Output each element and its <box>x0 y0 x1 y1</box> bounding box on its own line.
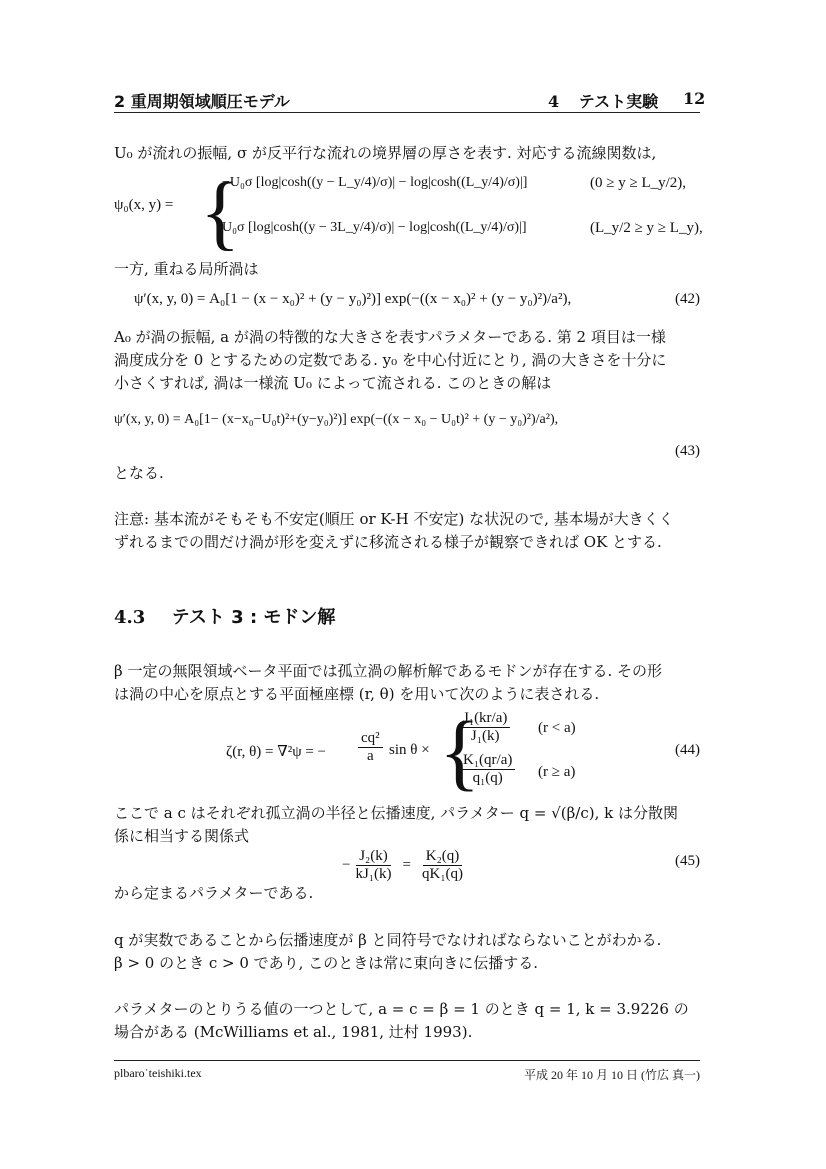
eq45-rhs-frac: K₂(q) qK₁(q) <box>419 848 466 883</box>
header-rule <box>114 112 700 113</box>
eq44-case2-cond: (r ≥ a) <box>538 764 575 781</box>
equation-number-42: (42) <box>675 291 700 308</box>
equation-45: − J₂(k) kJ₁(k) = K₂(q) qK₁(q) <box>342 843 468 887</box>
paragraph-sign-line1: q が実数であることから伝播速度が β と同符号でなければならないことがわかる. <box>114 929 661 951</box>
equation-44: ζ(r, θ) = ∇²ψ = − cq² a sin θ × { J₁(kr/… <box>226 708 606 796</box>
eq44-case2-frac: K₁(qr/a) q₁(q) <box>460 752 515 787</box>
header-section-title: テスト実験 <box>579 92 658 111</box>
paragraph-local-vortex: 一方, 重ねる局所渦は <box>114 258 259 280</box>
note-line1: 注意: 基本流がそもそも不安定(順圧 or K-H 不安定) な状況ので, 基本… <box>114 508 674 530</box>
section-title: テスト 3 : モドン解 <box>172 607 336 628</box>
eq45-minus: − <box>342 857 350 874</box>
header-section-number: 4 <box>548 92 559 111</box>
eq44-frac: cq² a <box>358 730 383 765</box>
psi0-case1-cond: (0 ≥ y ≥ L_y/2), <box>590 175 686 192</box>
equation-number-45: (45) <box>675 853 700 870</box>
footer-rule <box>114 1060 700 1061</box>
eq44-case1-frac: J₁(kr/a) J₁(k) <box>460 710 510 745</box>
equation-psi0: ψ₀(x, y) = { −U₀σ [log|cosh((y − L_y/4)/… <box>114 165 714 255</box>
eq45-lhs-frac: J₂(k) kJ₁(k) <box>352 848 394 883</box>
page-number: 12 <box>683 89 705 108</box>
paragraph-amplitude-line3: 小さくすれば, 渦は一様流 U₀ によって流される. このときの解は <box>114 372 551 394</box>
section-number: 4.3 <box>114 607 145 628</box>
paragraph-values-line1: パラメターのとりうる値の一つとして, a = c = β = 1 のとき q =… <box>114 998 689 1020</box>
psi0-case2-expr: U₀σ [log|cosh((y − 3L_y/4)/σ)| − log|cos… <box>222 220 527 236</box>
running-header-left: 2 重周期領域順圧モデル <box>114 89 290 112</box>
paragraph-values-line2: 場合がある (McWilliams et al., 1981, 辻村 1993)… <box>114 1021 472 1043</box>
psi0-lhs: ψ₀(x, y) = <box>114 197 173 214</box>
paragraph-intro: U₀ が流れの振幅, σ が反平行な流れの境界層の厚さを表す. 対応する流線関数… <box>114 142 656 164</box>
psi0-case2-cond: (L_y/2 ≥ y ≥ L_y), <box>590 220 703 237</box>
eq44-mid: sin θ × <box>389 742 430 759</box>
paragraph-params-line1: ここで a c はそれぞれ孤立渦の半径と伝播速度, パラメター q = √(β/… <box>114 802 678 824</box>
paragraph-params-line2: 係に相当する関係式 <box>114 825 249 847</box>
eq44-lhs: ζ(r, θ) = ∇²ψ = − <box>226 742 326 761</box>
equation-number-44: (44) <box>675 742 700 759</box>
paragraph-amplitude-line1: A₀ が渦の振幅, a が渦の特徴的な大きさを表すパラメターである. 第 2 項… <box>114 326 666 348</box>
footer-date-author: 平成 20 年 10 月 10 日 (竹広 真一) <box>524 1066 700 1083</box>
eq45-equals: = <box>403 857 411 874</box>
paragraph-amplitude-line2: 渦度成分を 0 とするための定数である. y₀ を中心付近にとり, 渦の大きさを… <box>114 349 666 371</box>
running-header-section: 4 テスト実験 <box>548 89 658 112</box>
equation-number-43: (43) <box>675 443 700 460</box>
paragraph-modon-line2: は渦の中心を原点とする平面極座標 (r, θ) を用いて次のように表される. <box>114 683 599 705</box>
section-heading: 4.3 テスト 3 : モドン解 <box>114 603 335 629</box>
psi0-case1-expr: −U₀σ [log|cosh((y − L_y/4)/σ)| − log|cos… <box>222 175 527 191</box>
equation-42: ψ′(x, y, 0) = A₀[1 − (x − x₀)² + (y − y₀… <box>134 291 571 308</box>
paragraph-sign-line2: β > 0 のとき c > 0 であり, このときは常に東向きに伝播する. <box>114 952 538 974</box>
eq44-case1-cond: (r < a) <box>538 720 576 737</box>
note-line2: ずれるまでの間だけ渦が形を変えずに移流される様子が観察できれば OK とする. <box>114 531 662 553</box>
paragraph-determined: から定まるパラメターである. <box>114 882 313 904</box>
paragraph-modon-line1: β 一定の無限領域ベータ平面では孤立渦の解析解であるモドンが存在する. その形 <box>114 660 662 682</box>
paragraph-result: となる. <box>114 462 164 484</box>
footer-filename: plbaro˙teishiki.tex <box>114 1066 202 1081</box>
equation-43: ψ′(x, y, 0) = A₀[1− (x−x₀−U₀t)²+(y−y₀)²)… <box>114 412 558 428</box>
